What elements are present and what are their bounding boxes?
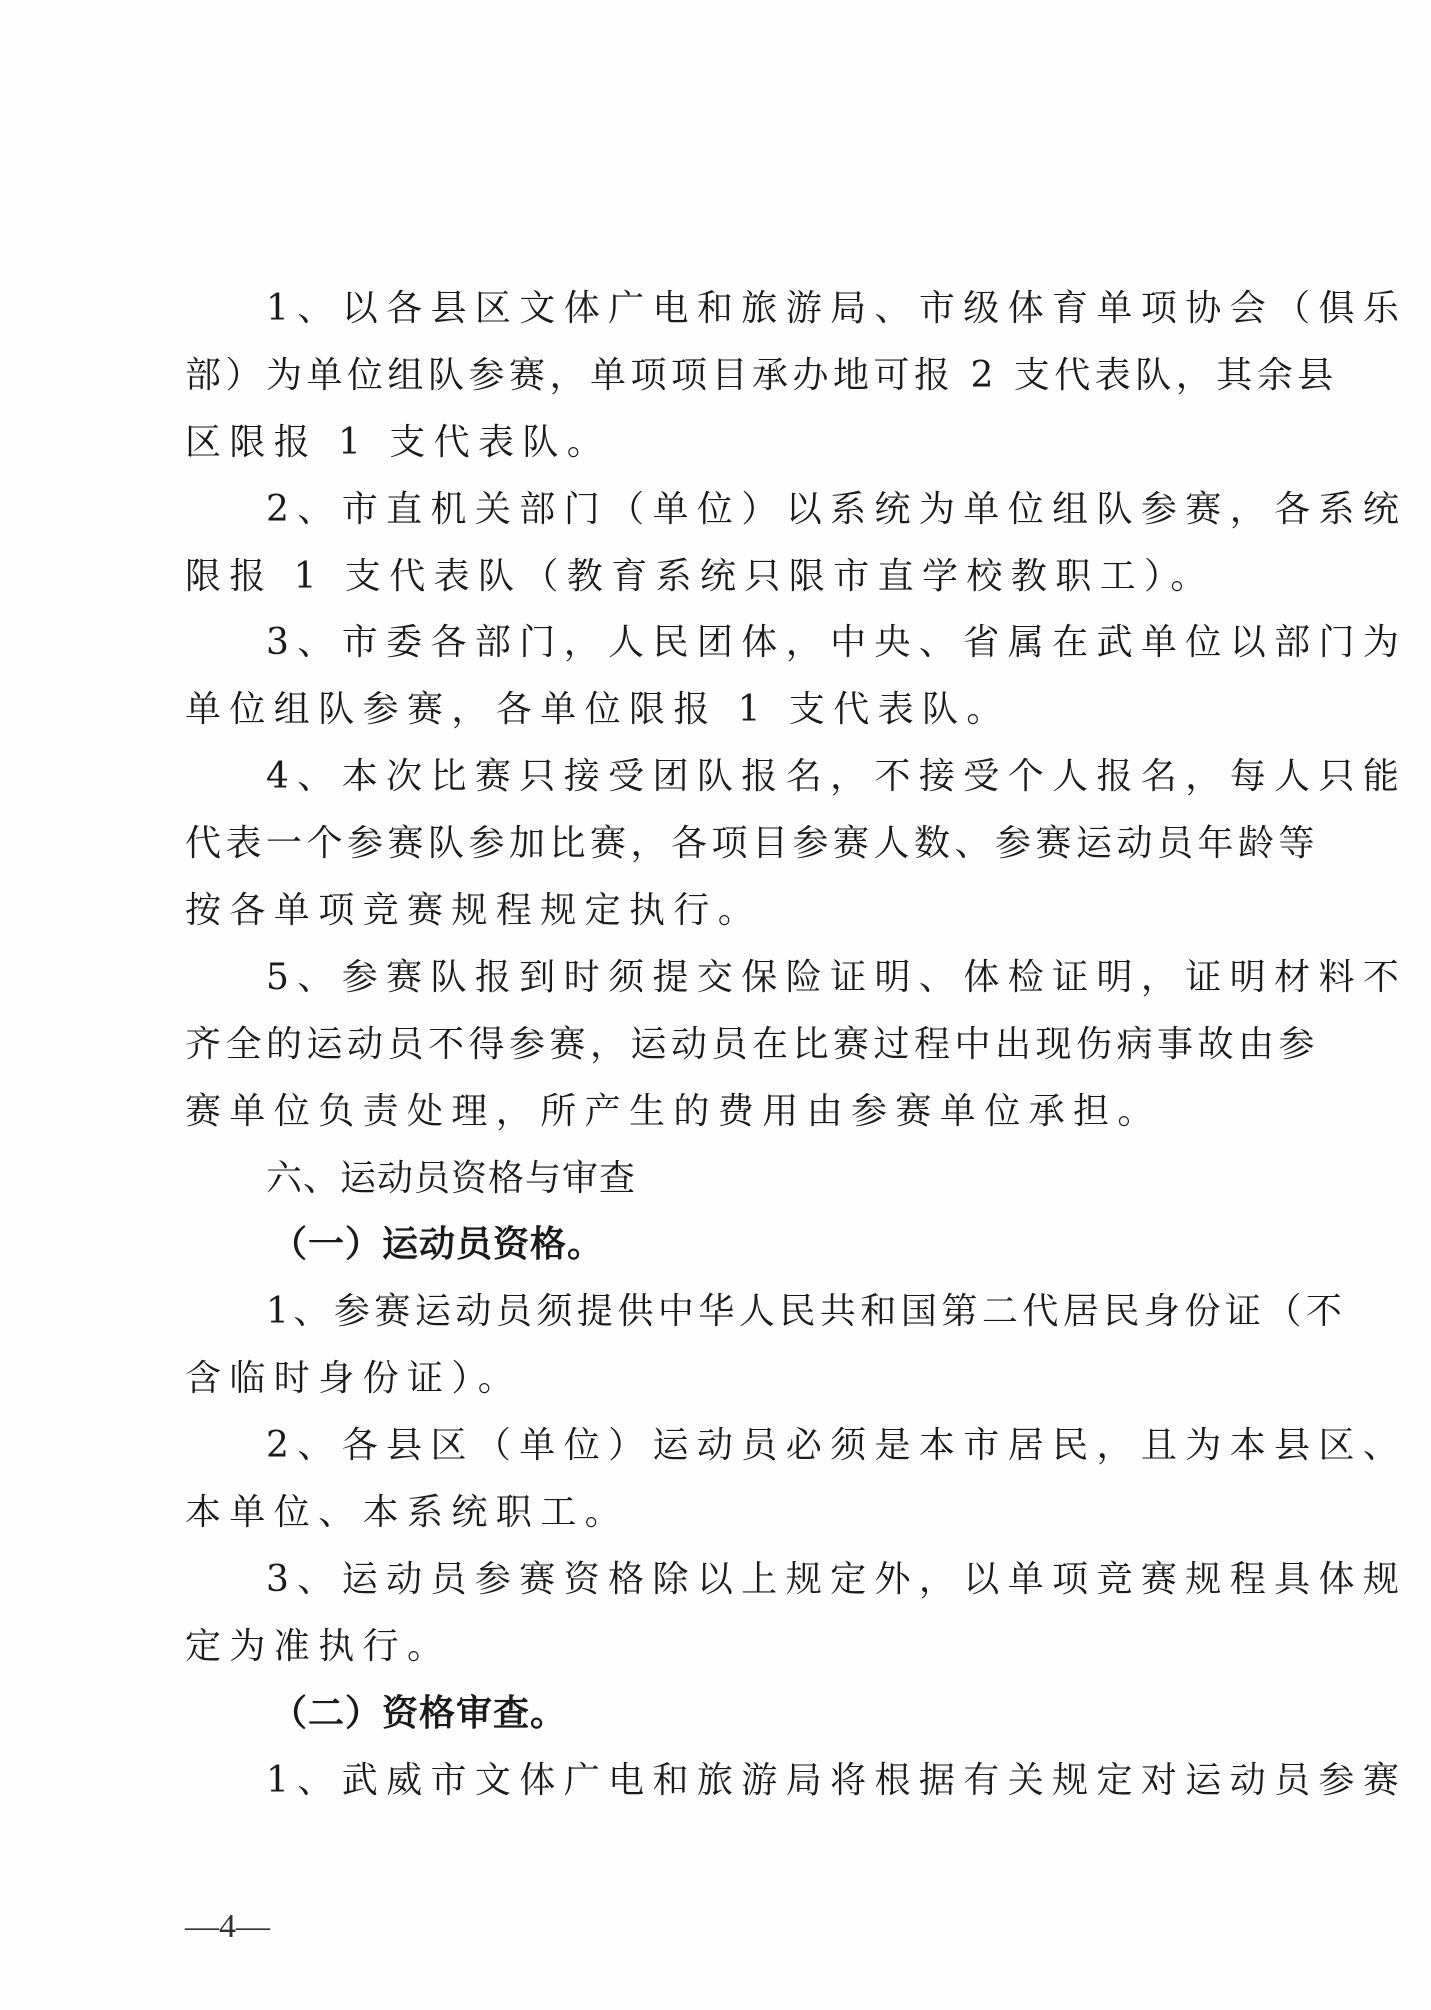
paragraph-line: 1、武威市文体广电和旅游局将根据有关规定对运动员参赛 — [185, 1748, 1257, 1815]
paragraph-line: 定为准执行。 — [185, 1614, 1257, 1681]
subsection-heading: （二）资格审查。 — [185, 1681, 1257, 1748]
paragraph-line: 部）为单位组队参赛，单项项目承办地可报 2 支代表队，其余县 — [185, 343, 1257, 410]
paragraph-line: 含临时身份证）。 — [185, 1346, 1257, 1413]
document-body: 1、以各县区文体广电和旅游局、市级体育单项协会（俱乐 部）为单位组队参赛，单项项… — [185, 276, 1257, 1814]
paragraph-line: 1、参赛运动员须提供中华人民共和国第二代居民身份证（不 — [185, 1279, 1257, 1346]
paragraph-line: 按各单项竞赛规程规定执行。 — [185, 878, 1257, 945]
paragraph-line: 单位组队参赛，各单位限报 1 支代表队。 — [185, 677, 1257, 744]
paragraph-line: 限报 1 支代表队（教育系统只限市直学校教职工）。 — [185, 544, 1257, 611]
paragraph-line: 区限报 1 支代表队。 — [185, 410, 1257, 477]
section-heading: 六、运动员资格与审查 — [185, 1146, 1257, 1213]
paragraph-line: 5、参赛队报到时须提交保险证明、体检证明，证明材料不 — [185, 945, 1257, 1012]
page-number: —4— — [185, 1908, 270, 1946]
paragraph-line: 齐全的运动员不得参赛，运动员在比赛过程中出现伤病事故由参 — [185, 1012, 1257, 1079]
paragraph-line: 3、运动员参赛资格除以上规定外，以单项竞赛规程具体规 — [185, 1547, 1257, 1614]
paragraph-line: 赛单位负责处理，所产生的费用由参赛单位承担。 — [185, 1079, 1257, 1146]
paragraph-line: 代表一个参赛队参加比赛，各项目参赛人数、参赛运动员年龄等 — [185, 811, 1257, 878]
paragraph-line: 本单位、本系统职工。 — [185, 1480, 1257, 1547]
paragraph-line: 1、以各县区文体广电和旅游局、市级体育单项协会（俱乐 — [185, 276, 1257, 343]
document-page: 1、以各县区文体广电和旅游局、市级体育单项协会（俱乐 部）为单位组队参赛，单项项… — [0, 0, 1431, 2010]
paragraph-line: 2、各县区（单位）运动员必须是本市居民，且为本县区、 — [185, 1413, 1257, 1480]
paragraph-line: 3、市委各部门，人民团体，中央、省属在武单位以部门为 — [185, 610, 1257, 677]
paragraph-line: 2、市直机关部门（单位）以系统为单位组队参赛，各系统 — [185, 477, 1257, 544]
paragraph-line: 4、本次比赛只接受团队报名，不接受个人报名，每人只能 — [185, 744, 1257, 811]
subsection-heading: （一）运动员资格。 — [185, 1212, 1257, 1279]
